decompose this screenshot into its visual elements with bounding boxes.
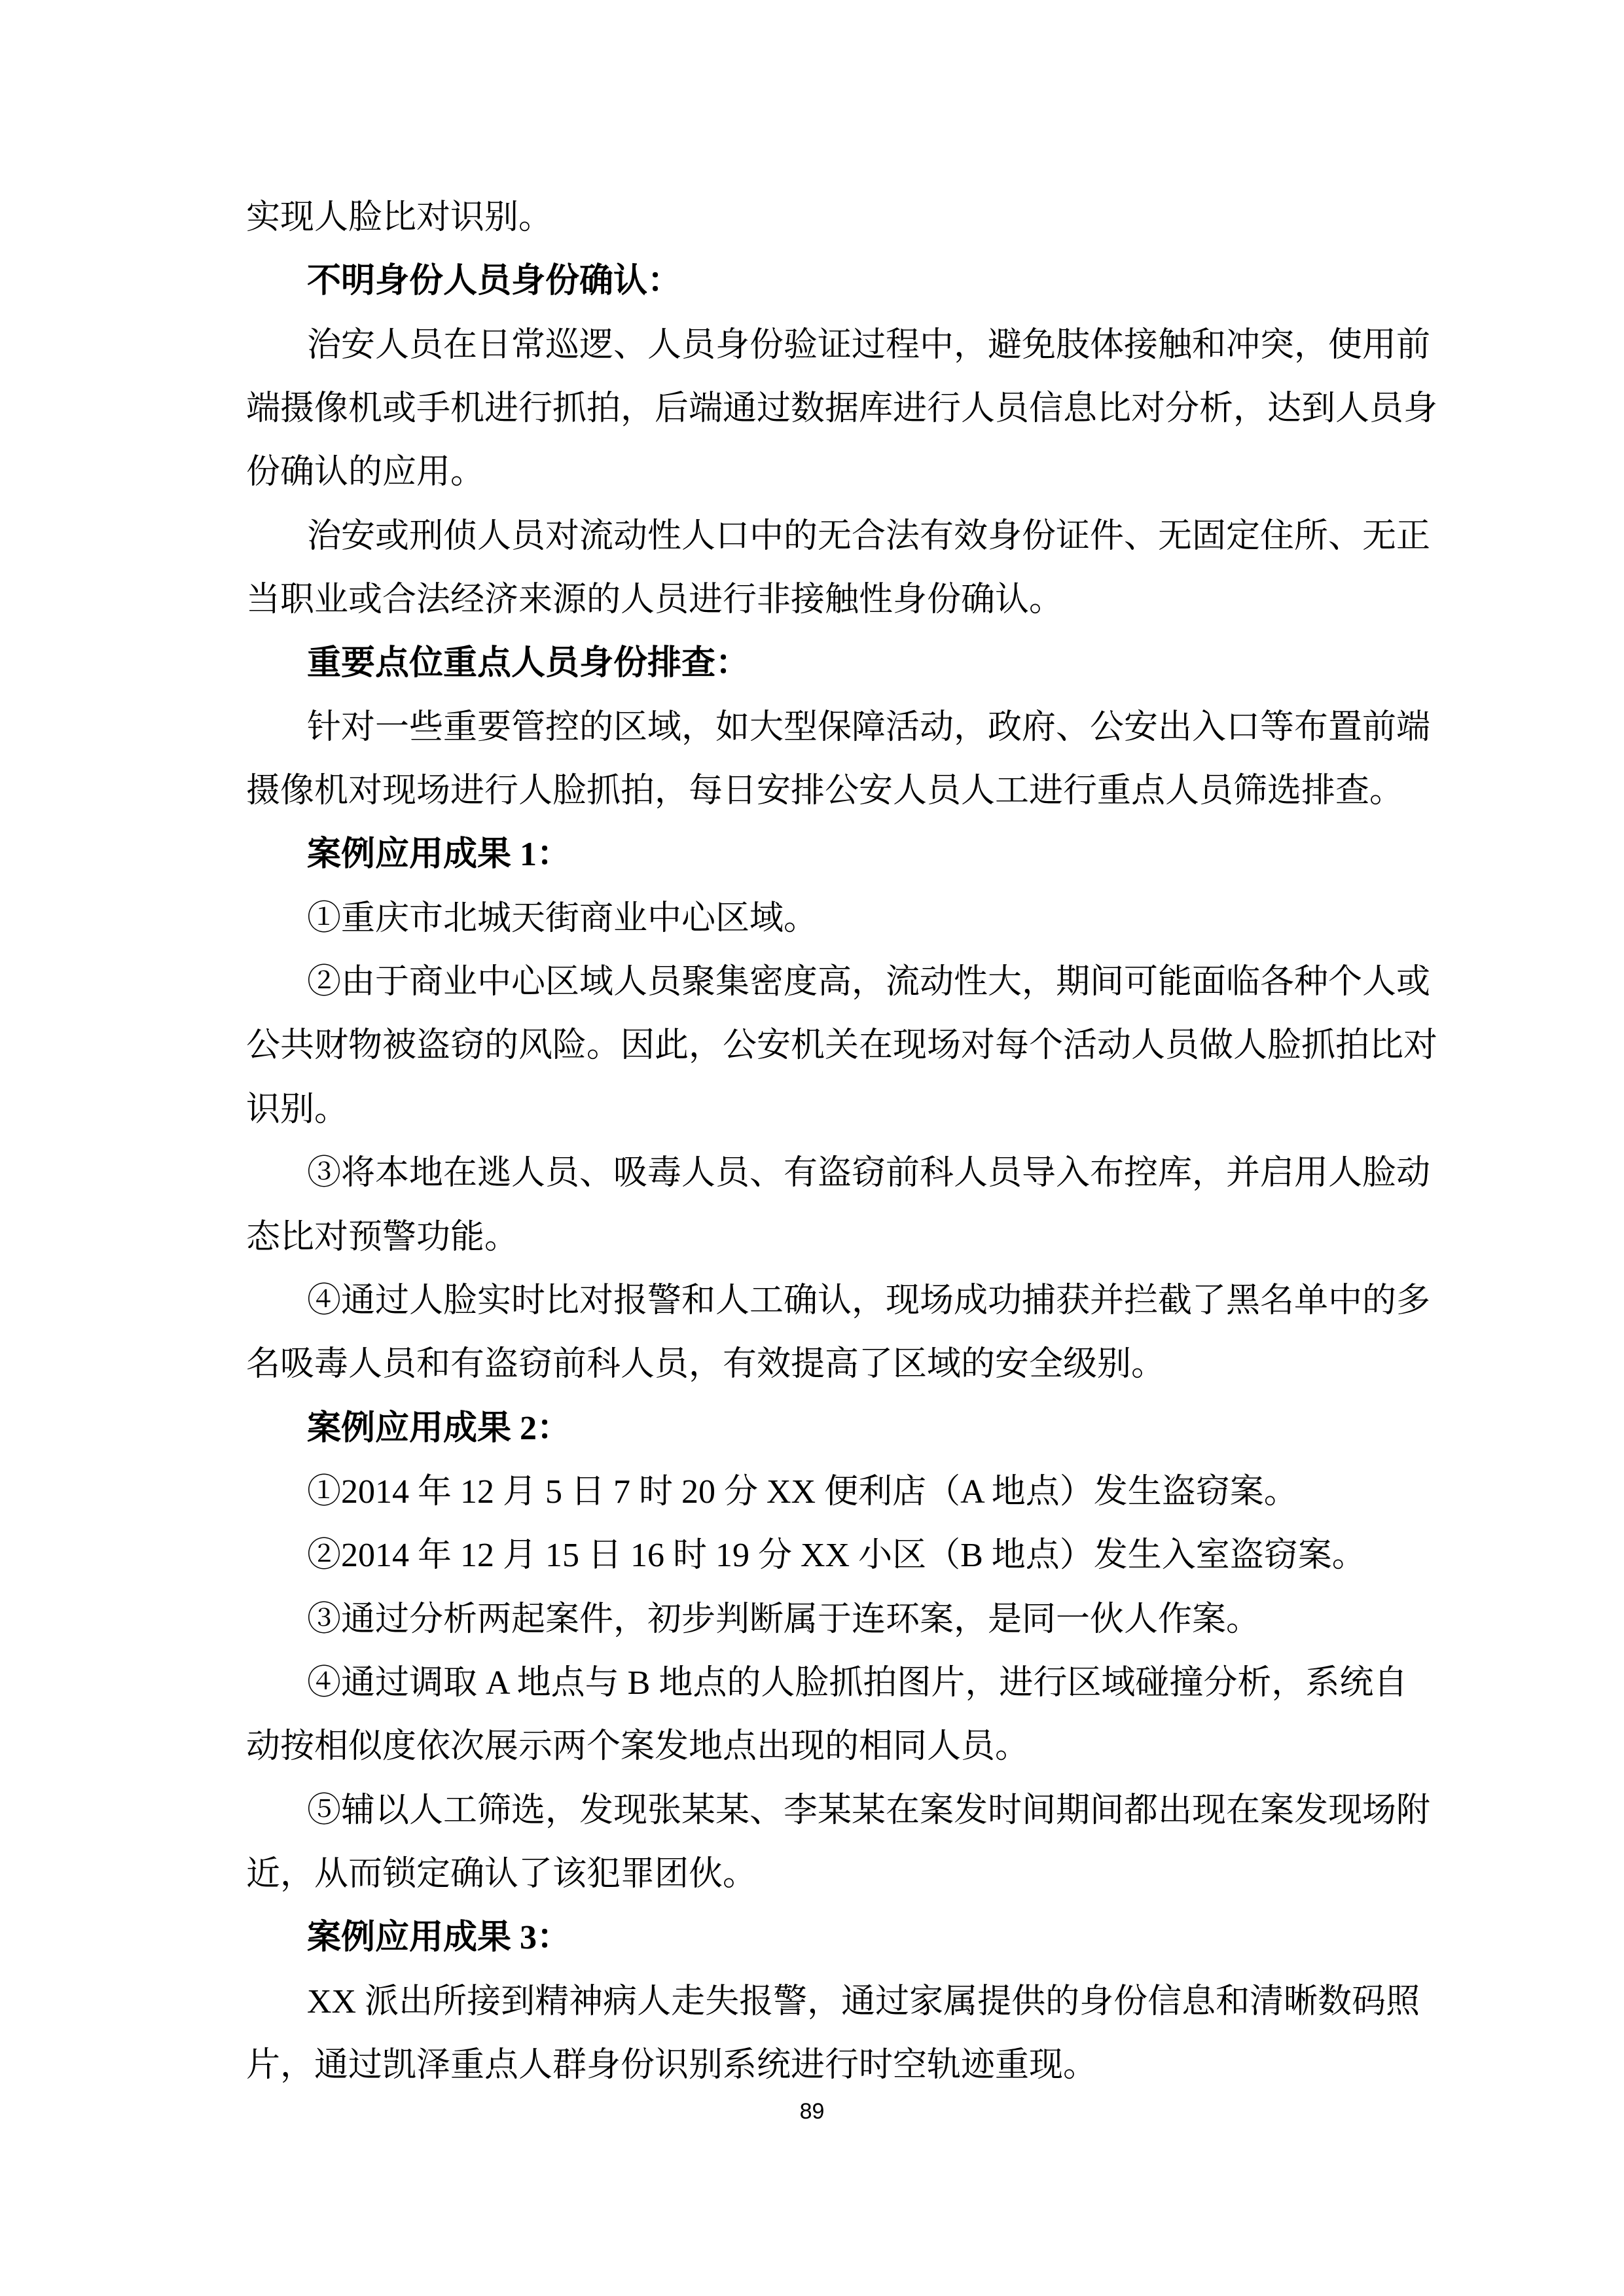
paragraph-line: 片，通过凯泽重点人群身份识别系统进行时空轨迹重现。 — [246, 2034, 1380, 2097]
case-heading-1: 案例应用成果 1： — [246, 823, 1380, 886]
paragraph-line: 治安人员在日常巡逻、人员身份验证过程中，避免肢体接触和冲突，使用前 — [246, 314, 1380, 377]
list-item: ①2014 年 12 月 5 日 7 时 20 分 XX 便利店（A 地点）发生… — [246, 1460, 1380, 1524]
list-item: ④通过人脸实时比对报警和人工确认，现场成功捕获并拦截了黑名单中的多 — [246, 1269, 1380, 1333]
list-item: ⑤辅以人工筛选，发现张某某、李某某在案发时间期间都出现在案发现场附 — [246, 1779, 1380, 1842]
list-item: ③将本地在逃人员、吸毒人员、有盗窃前科人员导入布控库，并启用人脸动 — [246, 1141, 1380, 1205]
list-item: ①重庆市北城天街商业中心区域。 — [246, 887, 1380, 950]
paragraph-line: 份确认的应用。 — [246, 440, 1380, 504]
paragraph-line: 态比对预警功能。 — [246, 1206, 1380, 1269]
list-item: ③通过分析两起案件，初步判断属于连环案，是同一伙人作案。 — [246, 1588, 1380, 1651]
paragraph-line: 端摄像机或手机进行抓拍，后端通过数据库进行人员信息比对分析，达到人员身 — [246, 377, 1380, 440]
paragraph-line: 名吸毒人员和有盗窃前科人员，有效提高了区域的安全级别。 — [246, 1333, 1380, 1396]
document-page: 实现人脸比对识别。 不明身份人员身份确认： 治安人员在日常巡逻、人员身份验证过程… — [0, 0, 1624, 2296]
case-heading-3: 案例应用成果 3： — [246, 1906, 1380, 1969]
list-item: ②2014 年 12 月 15 日 16 时 19 分 XX 小区（B 地点）发… — [246, 1524, 1380, 1587]
paragraph-line: 治安或刑侦人员对流动性人口中的无合法有效身份证件、无固定住所、无正 — [246, 505, 1380, 568]
paragraph-line: 近，从而锁定确认了该犯罪团伙。 — [246, 1842, 1380, 1906]
case-heading-2: 案例应用成果 2： — [246, 1397, 1380, 1460]
page-number: 89 — [0, 2099, 1624, 2125]
paragraph-line: 当职业或合法经济来源的人员进行非接触性身份确认。 — [246, 568, 1380, 632]
section-heading: 重要点位重点人员身份排查： — [246, 632, 1380, 695]
paragraph-line: 针对一些重要管控的区域，如大型保障活动，政府、公安出入口等布置前端 — [246, 696, 1380, 759]
body-text: 实现人脸比对识别。 不明身份人员身份确认： 治安人员在日常巡逻、人员身份验证过程… — [246, 186, 1380, 2097]
section-heading: 不明身份人员身份确认： — [246, 249, 1380, 313]
list-item: ④通过调取 A 地点与 B 地点的人脸抓拍图片，进行区域碰撞分析，系统自 — [246, 1651, 1380, 1715]
paragraph-line: 公共财物被盗窃的风险。因此，公安机关在现场对每个活动人员做人脸抓拍比对 — [246, 1014, 1380, 1077]
paragraph-line: 摄像机对现场进行人脸抓拍，每日安排公安人员人工进行重点人员筛选排查。 — [246, 759, 1380, 823]
paragraph-line: 动按相似度依次展示两个案发地点出现的相同人员。 — [246, 1715, 1380, 1778]
paragraph-line: 实现人脸比对识别。 — [246, 186, 1380, 249]
list-item: ②由于商业中心区域人员聚集密度高，流动性大，期间可能面临各种个人或 — [246, 950, 1380, 1014]
paragraph-line: 识别。 — [246, 1078, 1380, 1141]
paragraph-line: XX 派出所接到精神病人走失报警，通过家属提供的身份信息和清晰数码照 — [246, 1970, 1380, 2034]
